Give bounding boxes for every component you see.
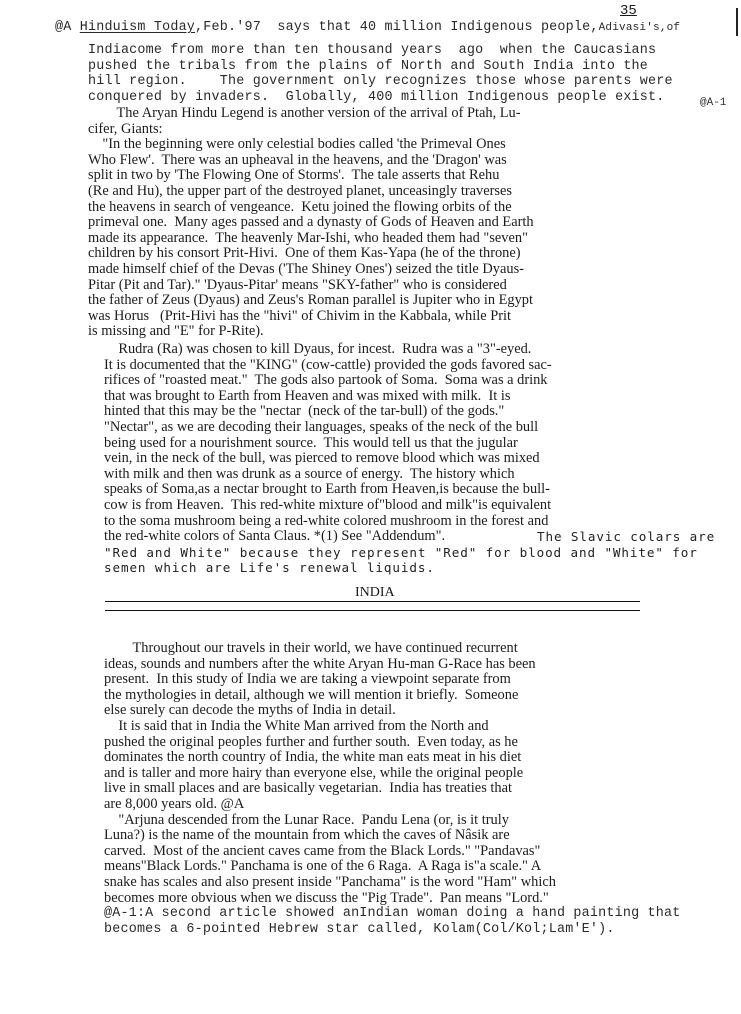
text-line: The Aryan Hindu Legend is another versio… [88,106,521,121]
text-line: was Horus (Prit-Hivi has the "hivi" of C… [88,309,511,324]
text-line: ideas, sounds and numbers after the whit… [104,657,536,672]
text-line: Luna?) is the name of the mountain from … [104,828,510,843]
text-line: live in small places and are basically v… [104,781,512,796]
text-line: the mythologies in detail, although we w… [104,688,518,703]
text-line: means"Black Lords." Panchama is one of t… [104,859,541,874]
text-line: the red-white colors of Santa Claus. *(1… [104,529,445,544]
margin-note-top: @A-1 [700,97,726,109]
text-line: pushed the tribals from the plains of No… [88,59,648,74]
text-line: becomes more obvious when we discuss the… [104,891,549,906]
text-line: speaks of Soma,as a nectar brought to Ea… [104,482,550,497]
footnote-line: @A-1:A second article showed anIndian wo… [104,906,681,921]
text-line: It is said that in India the White Man a… [104,719,489,734]
text-line: cifer, Giants: [88,122,163,137]
text-line: hill region. The government only recogni… [88,74,673,89]
text-line: split in two by 'The Flowing One of Stor… [88,168,499,183]
text-line: Indiacome from more than ten thousand ye… [88,43,656,58]
text-line: the heavens in search of vengeance. Ketu… [88,200,512,215]
text-line: Rudra (Ra) was chosen to kill Dyaus, for… [104,342,531,357]
page-edge-mark [736,8,738,36]
source-title: Hinduism Today [80,20,195,35]
text-line: Who Flew'. There was an upheaval in the … [88,153,507,168]
scanned-document-page: 35 @A Hinduism Today,Feb.'97 says that 4… [0,0,741,1014]
slavic-note-tail: The Slavic colars are [537,529,715,544]
text-line: semen which are Life's renewal liquids. [104,560,435,575]
text-line: snake has scales and also present inside… [104,875,556,890]
text-line: "In the beginning were only celestial bo… [88,137,506,152]
text-line: Pitar (Pit and Tar)." 'Dyaus-Pitar' mean… [88,278,507,293]
text-line: pushed the original peoples further and … [104,735,518,750]
heading-rule-bottom [105,610,640,611]
text-line: primeval one. Many ages passed and a dyn… [88,215,534,230]
text-line: "Red and White" because they represent "… [104,545,698,560]
text-line: else surely can decode the myths of Indi… [104,703,396,718]
text-line: being used for a nourishment source. Thi… [104,436,518,451]
text-line: and is taller and more hairy than everyo… [104,766,523,781]
text-line: "Arjuna descended from the Lunar Race. P… [104,813,509,828]
text-line: cow is from Heaven. This red-white mixtu… [104,498,551,513]
text-line: to the soma mushroom being a red-white c… [104,514,548,529]
text-line: dominates the north country of India, th… [104,750,521,765]
text-line: It is documented that the "KING" (cow-ca… [104,358,552,373]
footnote-line: becomes a 6-pointed Hebrew star called, … [104,922,615,937]
text-line: made its appearance. The heavenly Mar-Is… [88,231,528,246]
text-line: with milk and then was drunk as a source… [104,467,515,482]
section-heading-india: INDIA [355,585,395,601]
text-line: carved. Most of the ancient caves came f… [104,844,540,859]
text-line: vein, in the neck of the bull, was pierc… [104,451,540,466]
intro-first-line-text: ,Feb.'97 says that 40 million Indigenous… [195,20,599,35]
heading-rule-top [105,601,640,602]
text-line: present. In this study of India we are t… [104,672,511,687]
text-line: is missing and "E" for P-Rite). [88,324,264,339]
ref-mark: @A [55,20,71,35]
text-line: children by his consort Prit-Hivi. One o… [88,246,521,261]
text-line: "Nectar", as we are decoding their langu… [104,420,538,435]
text-line: made himself chief of the Devas ('The Sh… [88,262,524,277]
text-line: (Re and Hu), the upper part of the destr… [88,184,512,199]
text-line: rifices of "roasted meat." The gods also… [104,373,548,388]
text-line: are 8,000 years old. @A [104,797,244,812]
text-line: the father of Zeus (Dyaus) and Zeus's Ro… [88,293,533,308]
page-number: 35 [620,3,637,19]
adivasi-annotation: Adivasi's,of [599,22,681,34]
text-line: conquered by invaders. Globally, 400 mil… [88,90,665,105]
text-line: that was brought to Earth from Heaven an… [104,389,510,404]
text-line: hinted that this may be the "nectar (nec… [104,404,504,419]
intro-first-line: @A Hinduism Today,Feb.'97 says that 40 m… [55,20,680,36]
text-line: Throughout our travels in their world, w… [104,641,518,656]
